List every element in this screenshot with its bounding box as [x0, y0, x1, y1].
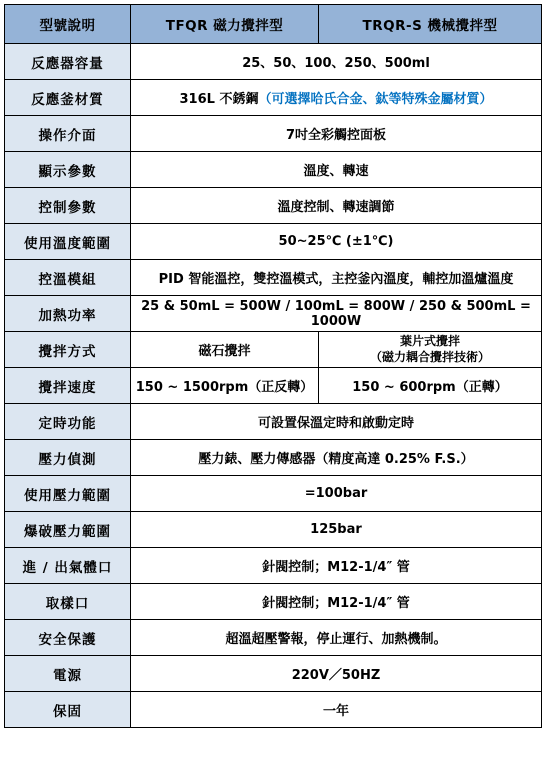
spec-table: 型號說明 TFQR 磁力攪拌型 TRQR-S 機械攪拌型 反應器容量 25、50…: [4, 4, 542, 728]
row-label-temp-range: 使用溫度範圍: [5, 224, 131, 260]
row-label-gas-port: 進 / 出氣體口: [5, 548, 131, 584]
row-label-control: 控制參數: [5, 188, 131, 224]
row-value-display: 溫度、轉速: [131, 152, 542, 188]
row-value-sample-port: 針閥控制；M12-1/4″ 管: [131, 584, 542, 620]
row-label-material: 反應釜材質: [5, 80, 131, 116]
stir-speed-tfqr: 150 ~ 1500rpm（正反轉）: [131, 368, 319, 404]
row-value-material: 316L 不銹鋼（可選擇哈氏合金、鈦等特殊金屬材質）: [131, 80, 542, 116]
row-label-power: 電源: [5, 656, 131, 692]
table-row-control: 控制參數 溫度控制、轉速調節: [5, 188, 542, 224]
table-row-temp-range: 使用溫度範圍 50~25℃ (±1℃): [5, 224, 542, 260]
table-row-power: 電源 220V／50HZ: [5, 656, 542, 692]
stir-method-trqrs: 葉片式攪拌 （磁力耦合攪拌技術）: [319, 332, 542, 368]
stir-speed-trqrs: 150 ~ 600rpm（正轉）: [319, 368, 542, 404]
table-row-heat-power: 加熱功率 25 & 50mL = 500W / 100mL = 800W / 2…: [5, 296, 542, 332]
row-value-timer: 可設置保溫定時和啟動定時: [131, 404, 542, 440]
row-label-pressure-range: 使用壓力範圍: [5, 476, 131, 512]
row-label-stir-speed: 攪拌速度: [5, 368, 131, 404]
header-model-trqrs: TRQR-S 機械攪拌型: [319, 5, 542, 44]
row-label-pressure-detect: 壓力偵測: [5, 440, 131, 476]
table-row-material: 反應釜材質 316L 不銹鋼（可選擇哈氏合金、鈦等特殊金屬材質）: [5, 80, 542, 116]
row-value-gas-port: 針閥控制；M12-1/4″ 管: [131, 548, 542, 584]
row-label-stir-method: 攪拌方式: [5, 332, 131, 368]
row-value-capacity: 25、50、100、250、500ml: [131, 44, 542, 80]
table-row-gas-port: 進 / 出氣體口 針閥控制；M12-1/4″ 管: [5, 548, 542, 584]
row-label-interface: 操作介面: [5, 116, 131, 152]
row-value-pressure-detect: 壓力錶、壓力傳感器（精度高達 0.25% F.S.）: [131, 440, 542, 476]
table-row-display: 顯示參數 溫度、轉速: [5, 152, 542, 188]
row-value-power: 220V／50HZ: [131, 656, 542, 692]
table-row-warranty: 保固 一年: [5, 692, 542, 728]
table-row-header: 型號說明 TFQR 磁力攪拌型 TRQR-S 機械攪拌型: [5, 5, 542, 44]
row-label-capacity: 反應器容量: [5, 44, 131, 80]
row-value-warranty: 一年: [131, 692, 542, 728]
row-label-temp-module: 控溫模組: [5, 260, 131, 296]
table-row-sample-port: 取樣口 針閥控制；M12-1/4″ 管: [5, 584, 542, 620]
row-value-heat-power: 25 & 50mL = 500W / 100mL = 800W / 250 & …: [131, 296, 542, 332]
header-model-tfqr: TFQR 磁力攪拌型: [131, 5, 319, 44]
material-option-text: （可選擇哈氏合金、鈦等特殊金屬材質）: [258, 92, 492, 107]
row-label-sample-port: 取樣口: [5, 584, 131, 620]
row-value-safety: 超溫超壓警報，停止運行、加熱機制。: [131, 620, 542, 656]
table-row-safety: 安全保護 超溫超壓警報，停止運行、加熱機制。: [5, 620, 542, 656]
row-value-pressure-range: =100bar: [131, 476, 542, 512]
row-label-burst-pressure: 爆破壓力範圍: [5, 512, 131, 548]
table-row-capacity: 反應器容量 25、50、100、250、500ml: [5, 44, 542, 80]
table-row-pressure-range: 使用壓力範圍 =100bar: [5, 476, 542, 512]
table-row-interface: 操作介面 7吋全彩觸控面板: [5, 116, 542, 152]
stir-method-tfqr: 磁石攪拌: [131, 332, 319, 368]
table-row-temp-module: 控溫模組 PID 智能溫控，雙控溫模式，主控釜內溫度，輔控加溫爐溫度: [5, 260, 542, 296]
row-value-burst-pressure: 125bar: [131, 512, 542, 548]
stir-method-trqrs-line1: 葉片式攪拌: [321, 334, 539, 350]
row-label-timer: 定時功能: [5, 404, 131, 440]
row-value-control: 溫度控制、轉速調節: [131, 188, 542, 224]
row-value-temp-range: 50~25℃ (±1℃): [131, 224, 542, 260]
header-model-label: 型號說明: [5, 5, 131, 44]
row-label-safety: 安全保護: [5, 620, 131, 656]
table-row-burst-pressure: 爆破壓力範圍 125bar: [5, 512, 542, 548]
table-row-stir-speed: 攪拌速度 150 ~ 1500rpm（正反轉） 150 ~ 600rpm（正轉）: [5, 368, 542, 404]
row-label-display: 顯示參數: [5, 152, 131, 188]
row-label-warranty: 保固: [5, 692, 131, 728]
table-row-stir-method: 攪拌方式 磁石攪拌 葉片式攪拌 （磁力耦合攪拌技術）: [5, 332, 542, 368]
stir-method-trqrs-line2: （磁力耦合攪拌技術）: [321, 350, 539, 366]
table-row-pressure-detect: 壓力偵測 壓力錶、壓力傳感器（精度高達 0.25% F.S.）: [5, 440, 542, 476]
row-label-heat-power: 加熱功率: [5, 296, 131, 332]
row-value-interface: 7吋全彩觸控面板: [131, 116, 542, 152]
row-value-temp-module: PID 智能溫控，雙控溫模式，主控釜內溫度，輔控加溫爐溫度: [131, 260, 542, 296]
material-main-text: 316L 不銹鋼: [180, 92, 259, 107]
table-row-timer: 定時功能 可設置保溫定時和啟動定時: [5, 404, 542, 440]
